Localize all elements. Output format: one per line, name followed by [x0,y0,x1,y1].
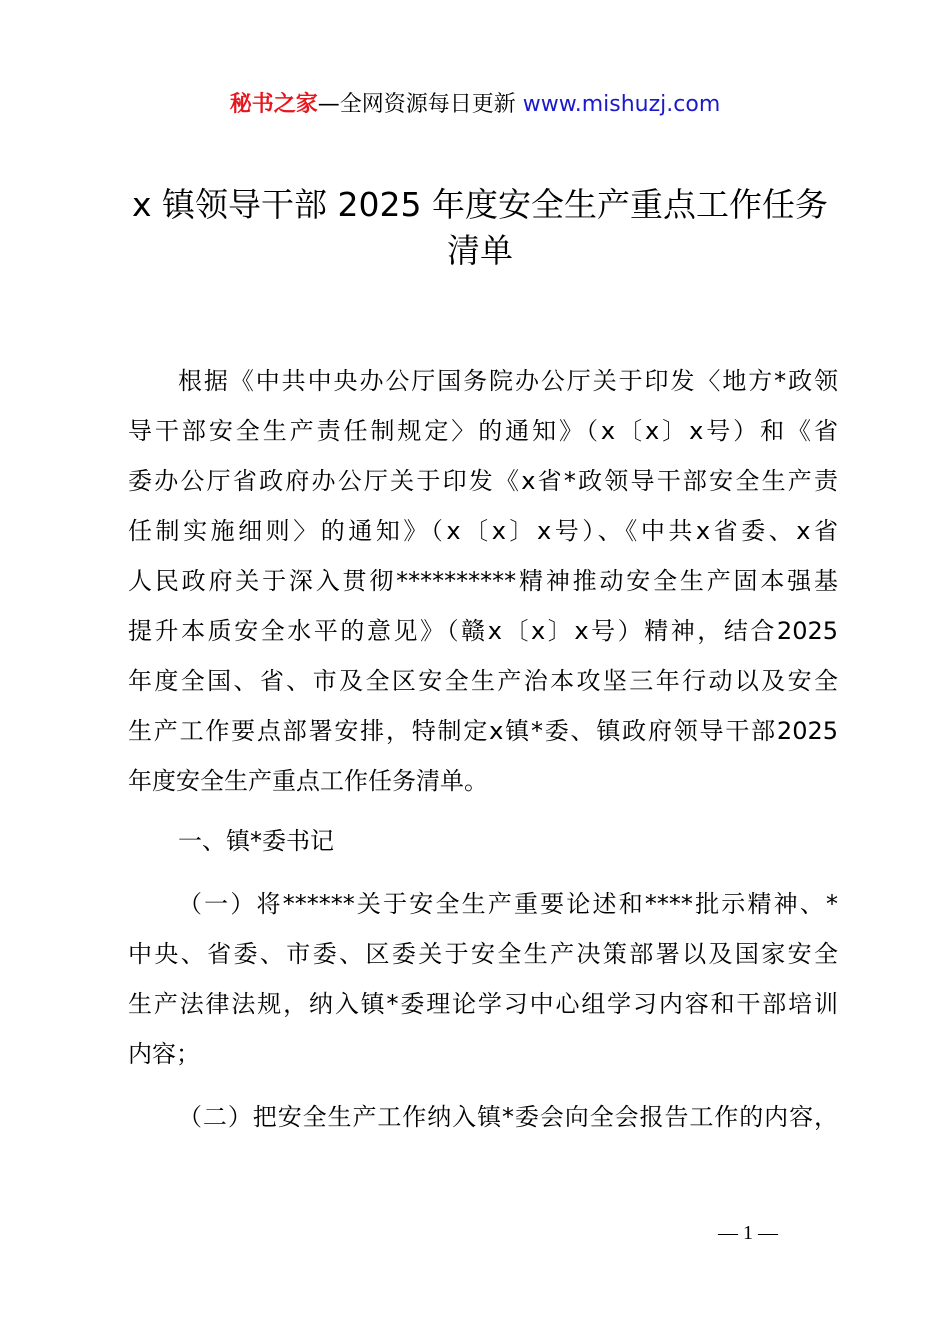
paragraph-line: 提升本质安全水平的意见》（赣x〔x〕x号）精神，结合2025 [128,606,838,656]
paragraph-line: 生产法律法规，纳入镇*委理论学习中心组学习内容和干部培训 [128,979,838,1029]
paragraph-line: 导干部安全生产责任制规定〉的通知》（x〔x〕x号）和《省 [128,406,838,456]
paragraph-line: 任制实施细则〉的通知》（x〔x〕x号）、《中共x省委、x省 [128,506,838,556]
paragraph-line: 年度全国、省、市及全区安全生产治本攻坚三年行动以及安全 [128,656,838,706]
page-number: — 1 — [718,1222,778,1245]
paragraph-line: 年度安全生产重点工作任务清单。 [128,756,838,806]
title-line-1: x 镇领导干部 2025 年度安全生产重点工作任务 [100,182,860,228]
section-heading-text: 一、镇*委书记 [128,816,838,866]
intro-paragraph: 根据《中共中央办公厅国务院办公厅关于印发〈地方*政领 导干部安全生产责任制规定〉… [128,356,838,806]
site-url[interactable]: www.mishuzj.com [523,92,720,117]
paragraph-line: 中央、省委、市委、区委关于安全生产决策部署以及国家安全 [128,929,838,979]
site-banner: 秘书之家—全网资源每日更新 www.mishuzj.com [0,88,950,122]
banner-tagline: —全网资源每日更新 [318,92,516,117]
paragraph-line: 根据《中共中央办公厅国务院办公厅关于印发〈地方*政领 [128,356,838,406]
section-heading: 一、镇*委书记 [128,816,838,866]
title-line-2: 清单 [100,228,860,274]
paragraph-line: （一）将******关于安全生产重要论述和****批示精神、* [128,879,838,929]
paragraph-line: 人民政府关于深入贯彻**********精神推动安全生产固本强基 [128,556,838,606]
paragraph-line: （二）把安全生产工作纳入镇*委会向全会报告工作的内容， [128,1092,838,1142]
paragraph-line: 委办公厅省政府办公厅关于印发《x省*政领导干部安全生产责 [128,456,838,506]
item-2-paragraph: （二）把安全生产工作纳入镇*委会向全会报告工作的内容， [128,1092,838,1142]
document-title: x 镇领导干部 2025 年度安全生产重点工作任务 清单 [100,182,860,274]
paragraph-line: 内容； [128,1029,838,1079]
brand-name: 秘书之家 [230,92,318,117]
paragraph-line: 生产工作要点部署安排，特制定x镇*委、镇政府领导干部2025 [128,706,838,756]
item-1-paragraph: （一）将******关于安全生产重要论述和****批示精神、* 中央、省委、市委… [128,879,838,1079]
